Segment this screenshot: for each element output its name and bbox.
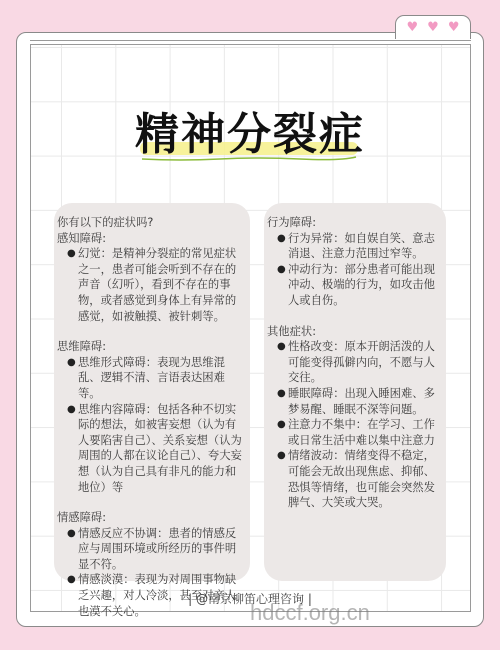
list-item: ●冲动行为：部分患者可能出现冲动、极端的行为，如攻击他人或自伤。 [277, 262, 438, 309]
symptom-card-right: 行为障碍: ●行为异常：如自娱自笑、意志消退、注意力范围过窄等。 ●冲动行为：部… [264, 203, 446, 581]
symptom-list: ●行为异常：如自娱自笑、意志消退、注意力范围过窄等。 ●冲动行为：部分患者可能出… [267, 231, 438, 309]
list-item: ●情绪波动：情绪变得不稳定，可能会无故出现焦虑、抑郁、恐惧等情绪，也可能会突然发… [277, 448, 438, 510]
list-item: ●思维内容障碍：包括各种不切实际的想法，如被害妄想（认为有人要陷害自己）、关系妄… [67, 402, 242, 496]
symptom-list: ●幻觉：是精神分裂症的常见症状之一，患者可能会听到不存在的声音（幻听），看到不存… [57, 246, 242, 324]
bullet-icon: ● [277, 448, 286, 464]
section-heading: 其他症状: [267, 324, 438, 340]
intro-question: 你有以下的症状吗? [57, 215, 242, 231]
tab-cover [396, 31, 469, 37]
symptom-list: ●思维形式障碍：表现为思维混乱、逻辑不清、言语表达困难等。 ●思维内容障碍：包括… [57, 355, 242, 495]
section-heading: 情感障碍: [57, 510, 242, 526]
bullet-icon: ● [277, 231, 286, 247]
bullet-icon: ● [277, 417, 286, 433]
bullet-icon: ● [277, 339, 286, 355]
symptom-list: ●性格改变：原本开朗活泼的人可能变得孤僻内向，不愿与人交往。 ●睡眠障碍：出现入… [267, 339, 438, 511]
bullet-icon: ● [67, 402, 76, 418]
bullet-icon: ● [67, 355, 76, 371]
section-heading: 行为障碍: [267, 215, 438, 231]
list-item: ●行为异常：如自娱自笑、意志消退、注意力范围过窄等。 [277, 231, 438, 262]
list-item: ●睡眠障碍：出现入睡困难、多梦易醒、睡眠不深等问题。 [277, 386, 438, 417]
page-title: 精神分裂症 [135, 98, 365, 162]
list-item: ●思维形式障碍：表现为思维混乱、逻辑不清、言语表达困难等。 [67, 355, 242, 402]
watermark: hdccf.org.cn [250, 600, 370, 626]
section-heading: 感知障碍: [57, 231, 242, 247]
list-item: ●情感反应不协调：患者的情感反应与周围环境或所经历的事件明显不符。 [67, 526, 242, 573]
title-container: 精神分裂症 [0, 98, 500, 162]
symptom-card-left: 你有以下的症状吗? 感知障碍: ●幻觉：是精神分裂症的常见症状之一，患者可能会听… [54, 203, 250, 581]
list-item: ●性格改变：原本开朗活泼的人可能变得孤僻内向，不愿与人交往。 [277, 339, 438, 386]
bullet-icon: ● [67, 246, 76, 262]
list-item: ●幻觉：是精神分裂症的常见症状之一，患者可能会听到不存在的声音（幻听），看到不存… [67, 246, 242, 324]
section-heading: 思维障碍: [57, 339, 242, 355]
list-item: ●注意力不集中：在学习、工作或日常生活中难以集中注意力 [277, 417, 438, 448]
bullet-icon: ● [67, 526, 76, 542]
top-bar-line [30, 40, 471, 45]
bullet-icon: ● [67, 572, 76, 588]
bullet-icon: ● [277, 386, 286, 402]
bullet-icon: ● [277, 262, 286, 278]
